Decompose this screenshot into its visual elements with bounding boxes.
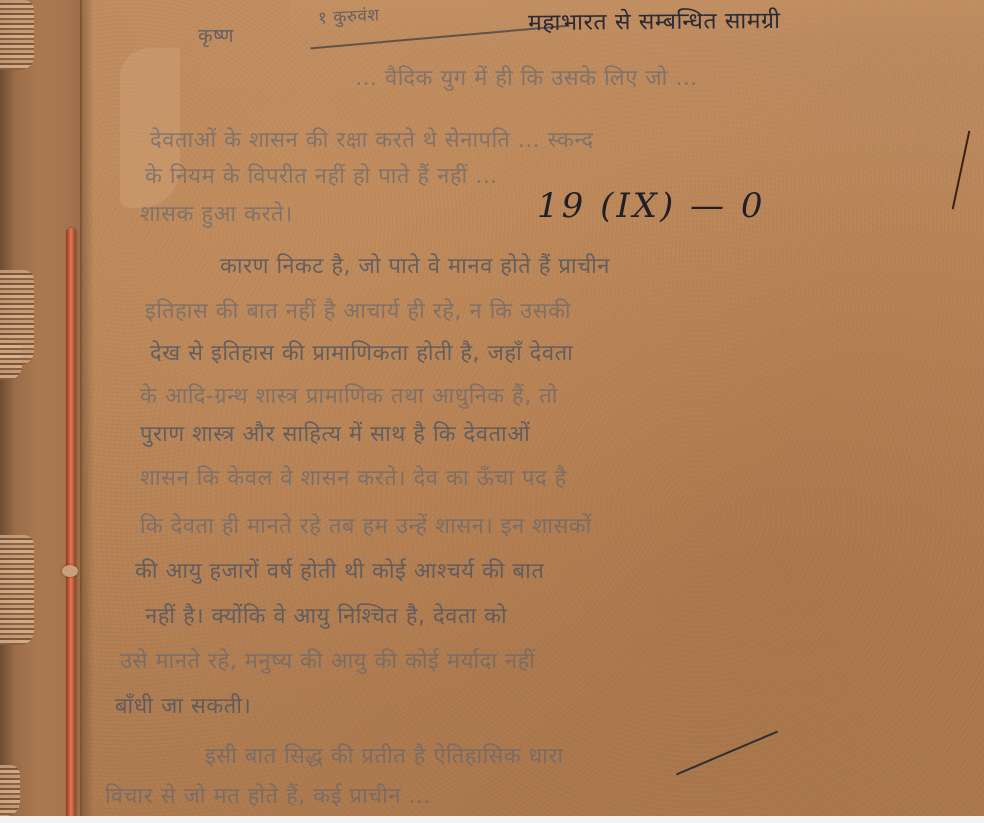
text-line: के नियम के विपरीत नहीं हो पाते हैं नहीं … (145, 160, 498, 190)
text-line: शासक हुआ करते। (140, 198, 293, 228)
gutter-shadow (80, 0, 94, 816)
scan-border (0, 816, 984, 823)
paper-crack (952, 131, 971, 210)
torn-paper-edge (0, 0, 34, 70)
text-line: की आयु हजारों वर्ष होती थी कोई आश्चर्य क… (135, 555, 544, 585)
header-left-note: १ कुरुवंश (317, 2, 380, 28)
text-line: विचार से जो मत होते हैं, कई प्राचीन … (105, 780, 431, 810)
text-line: के आदि-ग्रन्थ शास्त्र प्रामाणिक तथा आधुन… (140, 380, 558, 410)
text-line: नहीं है। क्योंकि वे आयु निश्चित है, देवत… (145, 600, 507, 630)
torn-paper-edge (0, 765, 20, 816)
text-line: … वैदिक युग में ही कि उसके लिए जो … (355, 62, 698, 92)
text-line: उसे मानते रहे, मनुष्य की आयु की कोई मर्य… (120, 645, 536, 675)
margin-mark: कृष्ण (198, 22, 234, 48)
torn-paper-edge (0, 535, 34, 645)
strike-through-mark (676, 731, 778, 776)
manuscript-page: कृष्ण १ कुरुवंश महाभारत से सम्बन्धित साम… (0, 0, 984, 816)
binding-thread (66, 228, 75, 816)
catalog-number: 19 (IX) — 0 (537, 186, 765, 226)
text-line: इसी बात सिद्ध की प्रतीत है ऐतिहासिक धारा (205, 740, 564, 770)
text-line: पुराण शास्त्र और साहित्य में साथ है कि द… (140, 418, 530, 448)
torn-paper-edge (0, 340, 22, 380)
page-title: महाभारत से सम्बन्धित सामग्री (528, 3, 781, 37)
text-line: शासन कि केवल वे शासन करते। देव का ऊँचा प… (140, 462, 567, 492)
text-line: बाँधी जा सकती। (115, 690, 251, 720)
text-line: कारण निकट है, जो पाते वे मानव होते हैं प… (220, 250, 610, 280)
text-line: इतिहास की बात नहीं है आचार्य ही रहे, न क… (145, 295, 571, 325)
thread-knot (62, 565, 78, 577)
text-line: कि देवता ही मानते रहे तब हम उन्हें शासन।… (140, 510, 592, 540)
text-line: देख से इतिहास की प्रामाणिकता होती है, जह… (150, 337, 573, 367)
text-line: देवताओं के शासन की रक्षा करते थे सेनापति… (150, 124, 594, 154)
